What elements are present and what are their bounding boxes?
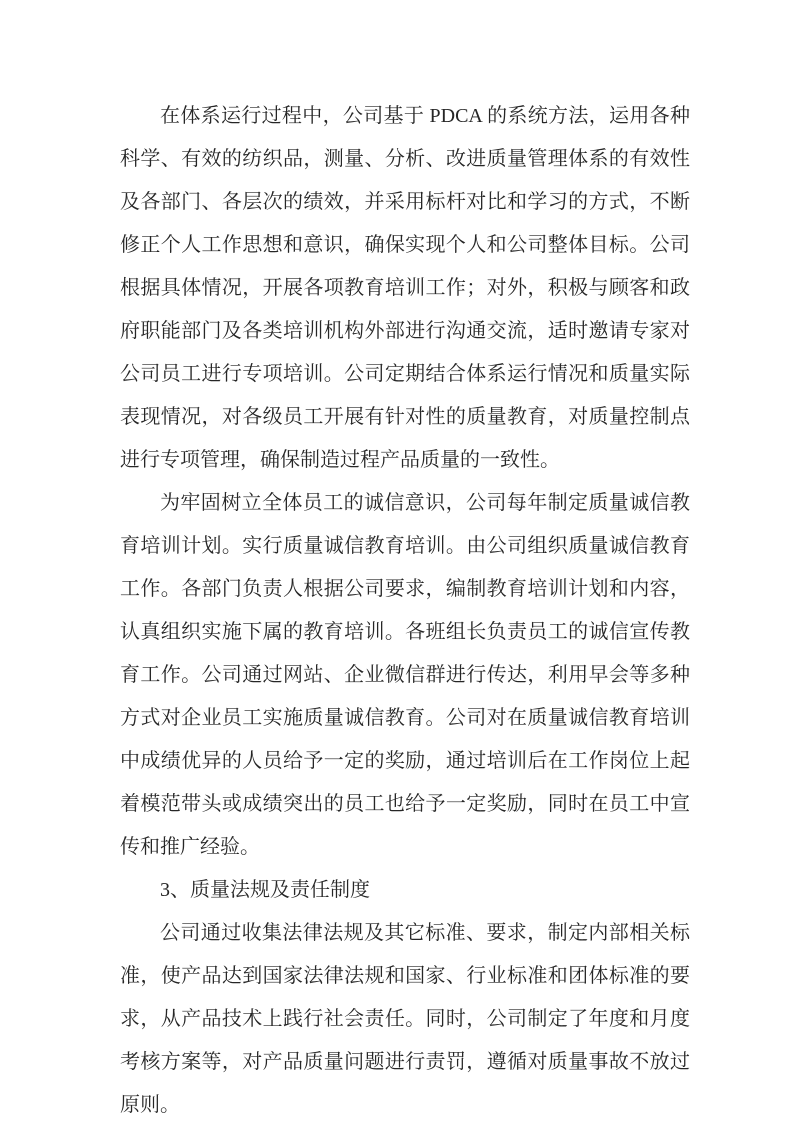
body-paragraph-4: 公司通过收集法律法规及其它标准、要求，制定内部相关标准，使产品达到国家法律法规和…	[120, 912, 690, 1127]
document-page: 在体系运行过程中，公司基于 PDCA 的系统方法，运用各种科学、有效的纺织品，测…	[0, 0, 800, 1131]
body-paragraph-2: 为牢固树立全体员工的诚信意识，公司每年制定质量诚信教育培训计划。实行质量诚信教育…	[120, 482, 690, 869]
body-paragraph-1: 在体系运行过程中，公司基于 PDCA 的系统方法，运用各种科学、有效的纺织品，测…	[120, 95, 690, 482]
section-heading: 3、质量法规及责任制度	[120, 869, 690, 912]
document-body: 在体系运行过程中，公司基于 PDCA 的系统方法，运用各种科学、有效的纺织品，测…	[120, 95, 690, 1127]
